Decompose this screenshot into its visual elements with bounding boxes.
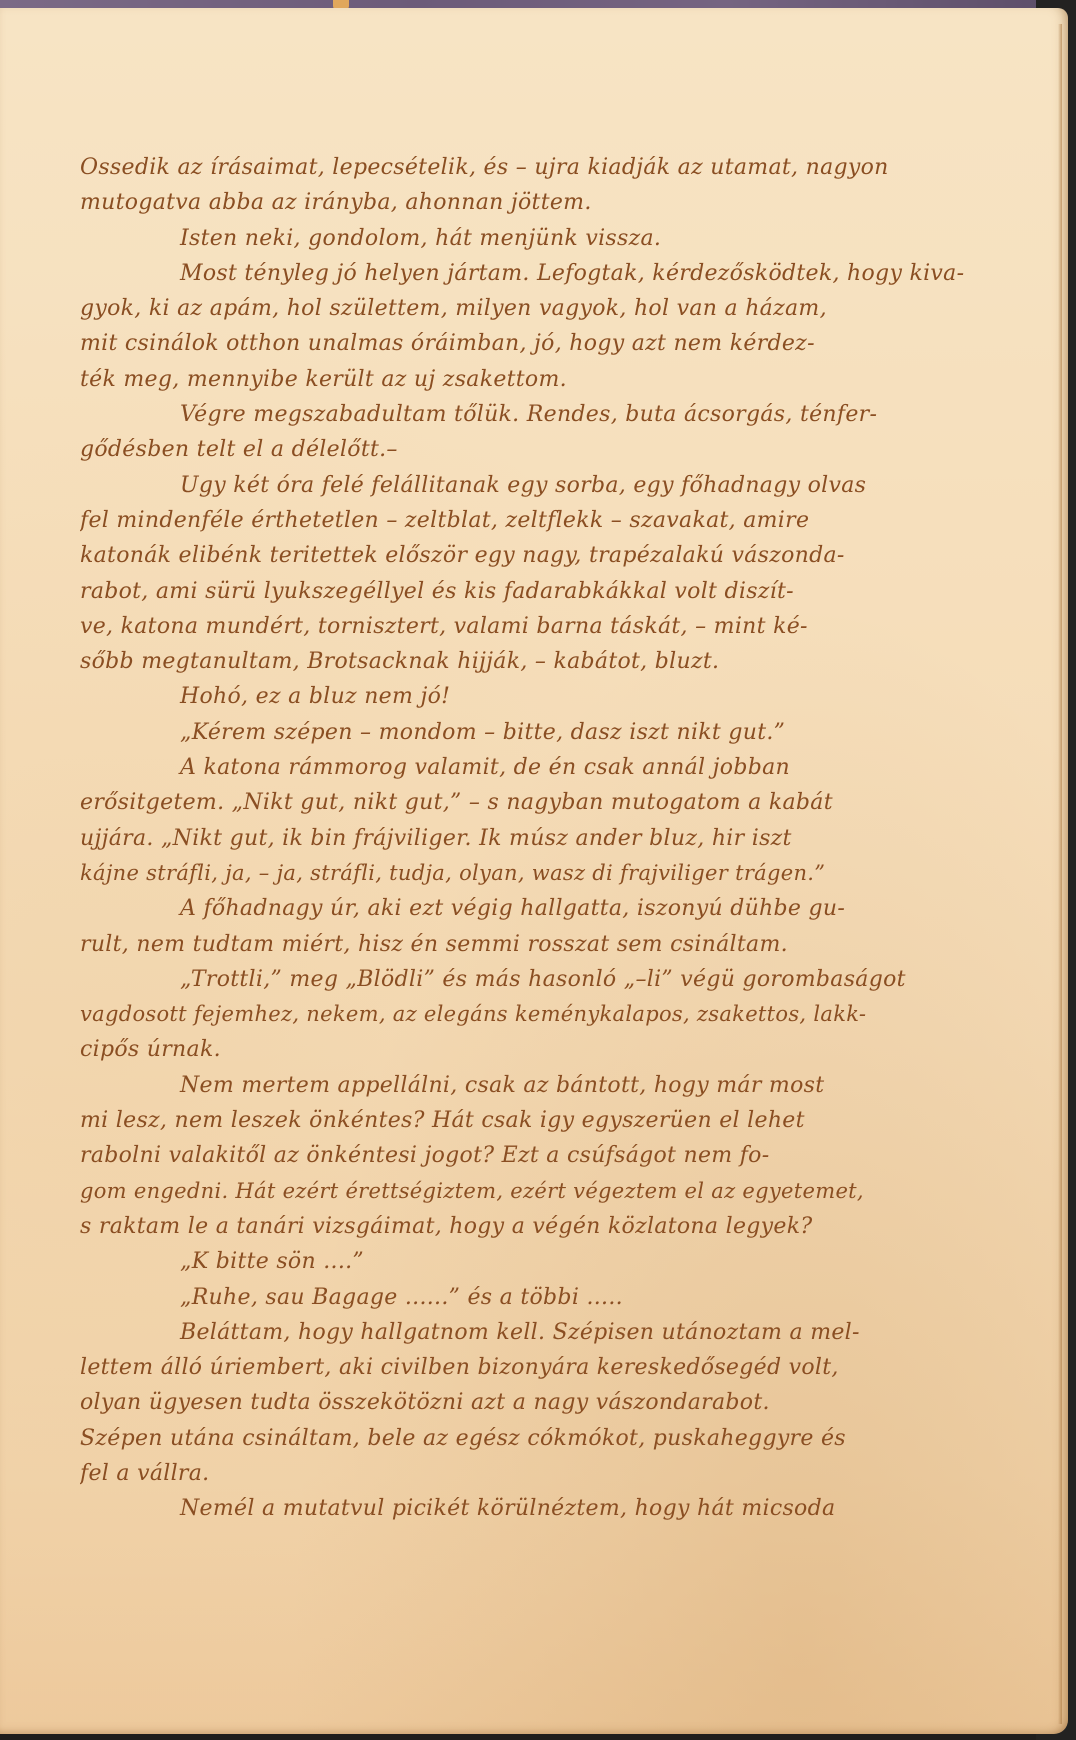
text-line: Nem mertem appellálni, csak az bántott, … xyxy=(80,1068,1010,1103)
text-line: „Ruhe, sau Bagage ......” és a többi ...… xyxy=(80,1280,1010,1315)
text-line: vagdosott fejemhez, nekem, az elegáns ke… xyxy=(80,997,1010,1032)
text-line: fel a vállra. xyxy=(80,1456,1010,1491)
text-line: Nemél a mutatvul picikét körülnéztem, ho… xyxy=(80,1491,1010,1526)
text-line: kájne stráfli, ja, – ja, stráfli, tudja,… xyxy=(80,856,1010,891)
text-line: Hohó, ez a bluz nem jó! xyxy=(80,679,1010,714)
text-line: olyan ügyesen tudta összekötözni azt a n… xyxy=(80,1385,1010,1420)
text-line: ujjára. „Nikt gut, ik bin frájviliger. I… xyxy=(80,821,1010,856)
text-line: Beláttam, hogy hallgatnom kell. Szépisen… xyxy=(80,1315,1010,1350)
text-line: gom engedni. Hát ezért érettségiztem, ez… xyxy=(80,1174,1010,1209)
text-line: „K bitte sön ....” xyxy=(80,1244,1010,1279)
text-line: rult, nem tudtam miért, hisz én semmi ro… xyxy=(80,927,1010,962)
text-line: Isten neki, gondolom, hát menjünk vissza… xyxy=(80,221,1010,256)
text-line: sőbb megtanultam, Brotsacknak hijják, – … xyxy=(80,644,1010,679)
text-line: mutogatva abba az irányba, ahonnan jötte… xyxy=(80,185,1010,220)
text-line: Ugy két óra felé felállitanak egy sorba,… xyxy=(80,468,1010,503)
text-line: lettem álló úriembert, aki civilben bizo… xyxy=(80,1350,1010,1385)
text-line: erősitgetem. „Nikt gut, nikt gut,” – s n… xyxy=(80,785,1010,820)
text-line: gyok, ki az apám, hol születtem, milyen … xyxy=(80,291,1010,326)
text-line: „Kérem szépen – mondom – bitte, dasz isz… xyxy=(80,715,1010,750)
text-line: A katona rámmorog valamit, de én csak an… xyxy=(80,750,1010,785)
text-line: mit csinálok otthon unalmas óráimban, jó… xyxy=(80,326,1010,361)
text-line: ték meg, mennyibe került az uj zsakettom… xyxy=(80,362,1010,397)
text-line: A főhadnagy úr, aki ezt végig hallgatta,… xyxy=(80,891,1010,926)
page-edge-shadow xyxy=(1058,24,1062,1724)
text-line: Végre megszabadultam tőlük. Rendes, buta… xyxy=(80,397,1010,432)
text-line: fel mindenféle érthetetlen – zeltblat, z… xyxy=(80,503,1010,538)
text-line: Ossedik az írásaimat, lepecsételik, és –… xyxy=(80,150,1010,185)
text-line: rabot, ami sürü lyukszegéllyel és kis fa… xyxy=(80,574,1010,609)
text-line: katonák elibénk teritettek először egy n… xyxy=(80,538,1010,573)
text-line: „Trottli,” meg „Blödli” és más hasonló „… xyxy=(80,962,1010,997)
text-line: rabolni valakitől az önkéntesi jogot? Ez… xyxy=(80,1138,1010,1173)
text-line: mi lesz, nem leszek önkéntes? Hát csak i… xyxy=(80,1103,1010,1138)
text-line: Most tényleg jó helyen jártam. Lefogtak,… xyxy=(80,256,1010,291)
text-line: s raktam le a tanári vizsgáimat, hogy a … xyxy=(80,1209,1010,1244)
text-line: Szépen utána csináltam, bele az egész có… xyxy=(80,1421,1010,1456)
text-line: ve, katona mundért, tornisztert, valami … xyxy=(80,609,1010,644)
text-line: gődésben telt el a délelőtt.– xyxy=(80,432,1010,467)
handwritten-text-body: Ossedik az írásaimat, lepecsételik, és –… xyxy=(80,150,1010,1527)
text-line: cipős úrnak. xyxy=(80,1032,1010,1067)
